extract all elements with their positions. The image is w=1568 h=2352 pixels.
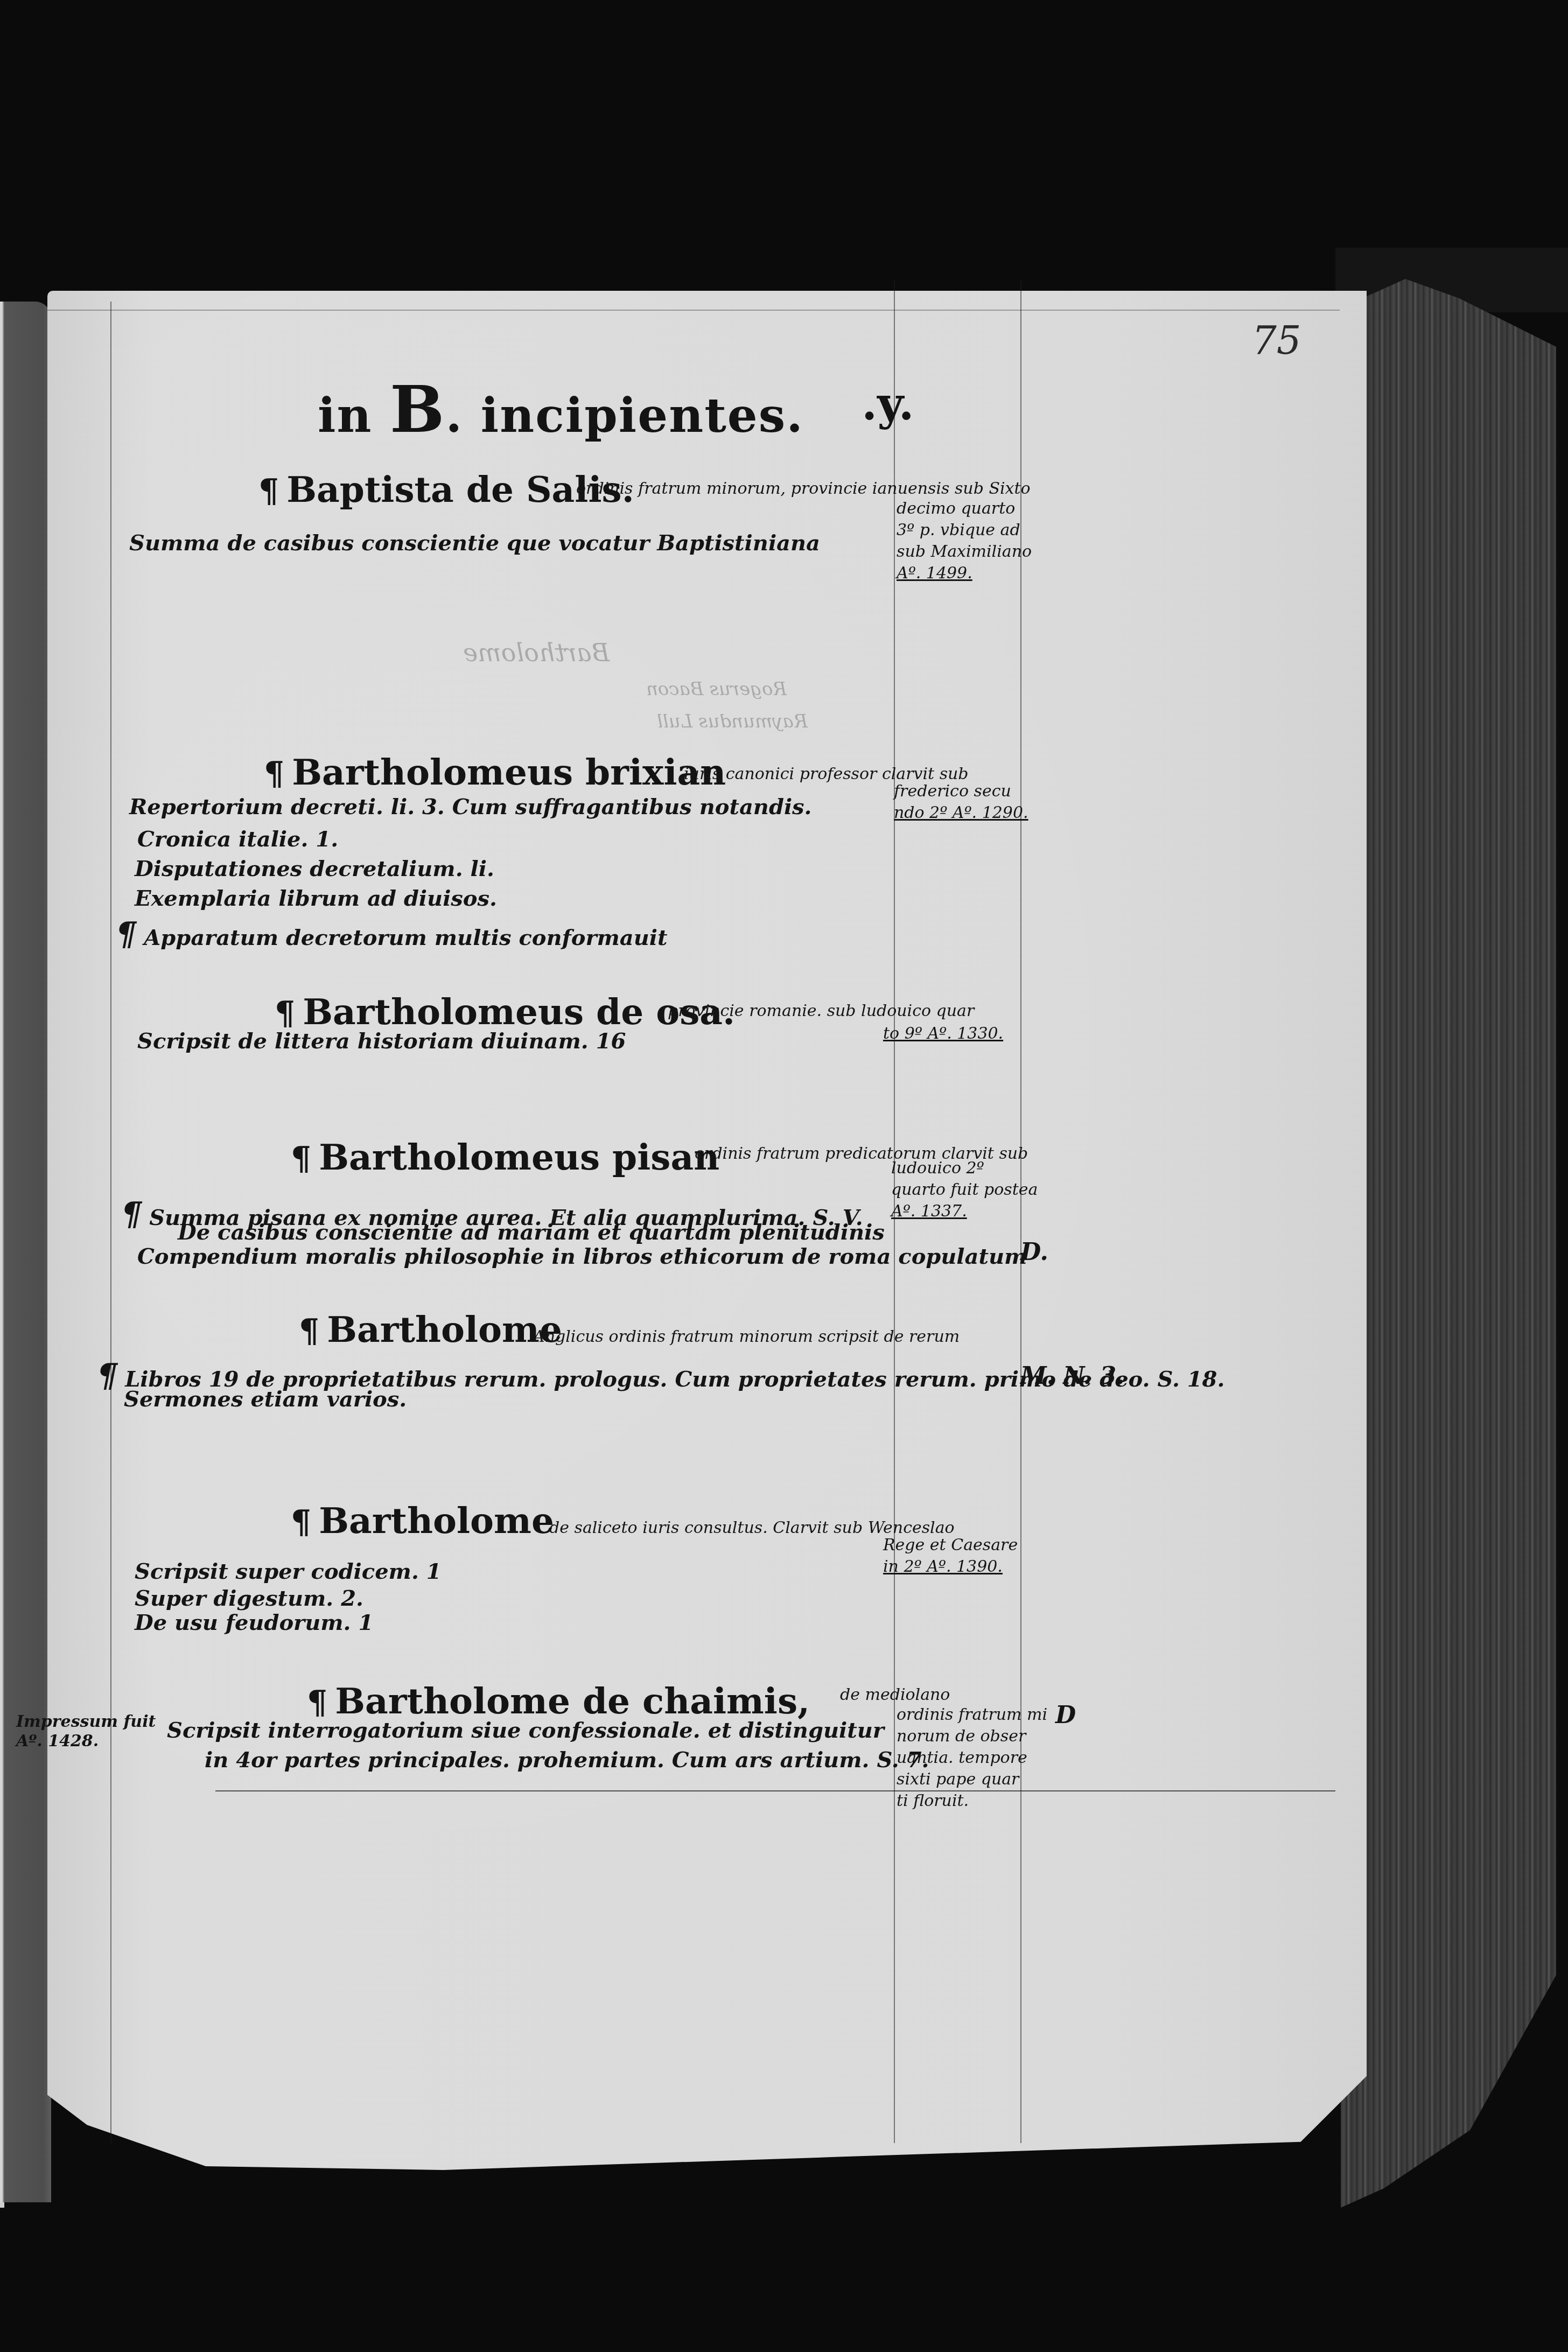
book-fore-edge [1341,269,1556,2208]
entry-work: Super digestum. 2. [135,1586,363,1611]
pilcrow-icon: ¶ [291,1503,311,1541]
pilcrow-icon: ¶ [116,915,136,953]
left-margin-rule [110,302,111,2143]
entry-work: Scripsit de littera historiam diuinam. 1… [137,1028,626,1054]
entry-side-note: frederico secu ndo 2º Aº. 1290. [894,781,1028,824]
entry-name: ¶Bartholome [291,1500,554,1542]
pilcrow-icon: ¶ [299,1312,319,1350]
entry-name: ¶Bartholomeus brixian [264,751,726,793]
bleed-through-text: Raymundus Lull [657,711,808,732]
pilcrow-icon: ¶ [258,472,279,510]
margin-mark: M. N. 3. [1020,1362,1124,1390]
entry-name: ¶Bartholome de chaimis, [307,1680,810,1722]
pilcrow-icon: ¶ [291,1140,311,1178]
margin-mark: D [1055,1702,1076,1729]
top-rule [47,310,1340,311]
entry-work: in 4or partes principales. prohemium. Cu… [205,1747,929,1773]
heading-suffix: . incipientes. [446,387,804,443]
entry-work: De usu feudorum. 1 [135,1610,373,1635]
entry-work: Scripsit super codicem. 1 [135,1559,442,1584]
entry-side-note: ludouico 2º quarto fuit postea Aº. 1337. [891,1158,1038,1222]
entry-work: Scripsit interrogatorium siue confession… [167,1718,884,1743]
entry-name: ¶Bartholome [299,1308,562,1350]
pilcrow-icon: ¶ [275,995,295,1032]
entry-work: Summa de casibus conscientie que vocatur… [129,530,820,556]
entry-note: de mediolano [840,1685,950,1704]
bottom-rule [215,1790,1335,1791]
entry-side-note: Rege et Caesare in 2º Aº. 1390. [883,1535,1018,1578]
pilcrow-icon: ¶ [121,1195,142,1233]
entry-work: Compendium moralis philosophie in libros… [137,1244,1027,1269]
entry-work: De casibus conscientie ad mariam et quar… [178,1220,885,1245]
entry-work: Disputationes decretalium. li. [135,856,494,881]
entry-work: Repertorium decreti. li. 3. Cum suffraga… [129,794,812,820]
entry-side-note: ordinis fratrum mi norum de obser uantia… [897,1704,1047,1812]
margin-mark: D. [1020,1238,1048,1266]
heading-mark: .y. [862,377,914,430]
heading-initial: B [390,372,445,447]
pilcrow-icon: ¶ [264,755,284,793]
heading-prefix: in [318,387,372,443]
bleed-through-text: Rogerus Bacon [646,678,787,700]
entry-note: provincie romanie. sub ludouico quar [668,1002,974,1020]
bleed-through-text: Bartholome [463,638,610,667]
entry-note: Anglicus ordinis fratrum minorum scripsi… [533,1327,960,1346]
entry-work: Exemplaria librum ad diuisos. [135,886,497,911]
entry-name: ¶Bartholomeus pisan [291,1136,719,1178]
entry-work: ¶Apparatum decretorum multis conformauit [116,915,668,953]
entry-name: ¶Bartholomeus de osa. [275,991,735,1033]
page-heading: in B. incipientes. [318,372,804,447]
entry-note: ordinis fratrum minorum, provincie ianue… [576,479,1031,498]
pilcrow-icon: ¶ [307,1684,327,1721]
left-margin-note: Impressum fuit Aº. 1428. [16,1712,156,1751]
entry-side-note: decimo quarto 3º p. vbique ad sub Maximi… [897,498,1032,584]
folio-number: 75 [1252,318,1301,363]
entry-work: Sermones etiam varios. [124,1387,407,1412]
entry-work: Cronica italie. 1. [137,827,338,852]
left-leaf-shadow [0,302,51,2202]
pilcrow-icon: ¶ [97,1357,117,1395]
entry-side-note: to 9º Aº. 1330. [883,1023,1003,1045]
